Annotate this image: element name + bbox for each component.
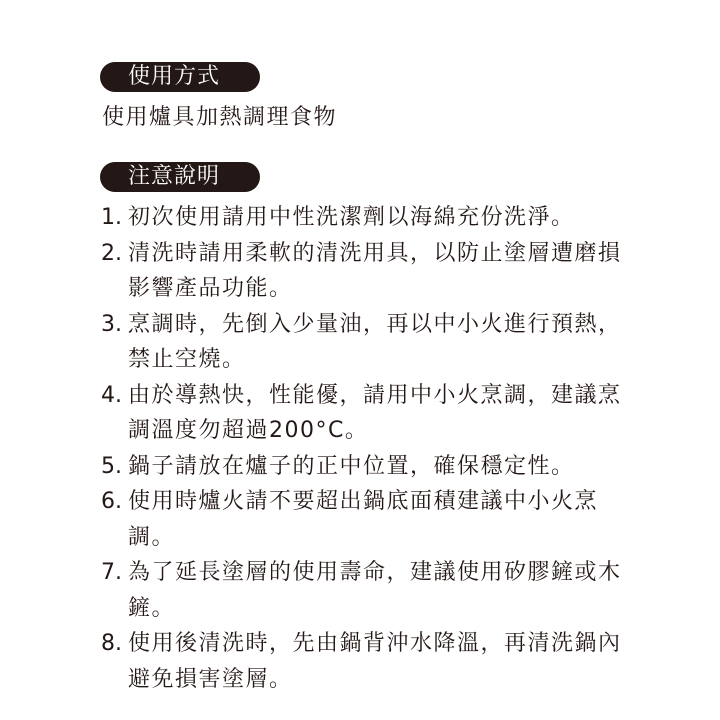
note-text: 為了延長塗層的使用壽命，建議使用矽膠鏟或木 [128, 555, 641, 591]
note-number: 3. [101, 307, 122, 343]
notes-heading: 注意說明 [128, 164, 220, 189]
note-text: 清洗時請用柔軟的清洗用具，以防止塗層遭磨損 [128, 236, 641, 272]
note-item-2: 2. 清洗時請用柔軟的清洗用具，以防止塗層遭磨損 影響產品功能。 [101, 236, 641, 307]
note-item-7: 7. 為了延長塗層的使用壽命，建議使用矽膠鏟或木 鏟。 [101, 555, 641, 626]
notes-list: 1. 初次使用請用中性洗潔劑以海綿充份洗淨。 2. 清洗時請用柔軟的清洗用具，以… [101, 200, 641, 697]
note-text: 鍋子請放在爐子的正中位置，確保穩定性。 [128, 449, 641, 485]
note-number: 1. [101, 200, 122, 236]
note-text-continued: 影響產品功能。 [128, 271, 641, 307]
note-text: 烹調時，先倒入少量油，再以中小火進行預熱， [128, 307, 641, 343]
note-text-continued: 鏟。 [128, 591, 641, 627]
usage-description: 使用爐具加熱調理食物 [102, 103, 337, 133]
note-text: 初次使用請用中性洗潔劑以海綿充份洗淨。 [128, 200, 641, 236]
notes-heading-pill: 注意說明 [100, 162, 260, 192]
note-number: 2. [101, 236, 122, 272]
usage-heading: 使用方式 [128, 64, 220, 89]
note-text: 使用後清洗時，先由鍋背沖水降溫，再清洗鍋內 [128, 626, 641, 662]
note-item-6: 6. 使用時爐火請不要超出鍋底面積建議中小火烹 調。 [101, 484, 641, 555]
usage-heading-pill: 使用方式 [100, 62, 260, 92]
note-number: 6. [101, 484, 122, 520]
note-number: 8. [101, 626, 122, 662]
note-number: 7. [101, 555, 122, 591]
note-item-5: 5. 鍋子請放在爐子的正中位置，確保穩定性。 [101, 449, 641, 485]
note-text: 使用時爐火請不要超出鍋底面積建議中小火烹 [128, 484, 641, 520]
note-text-continued: 調。 [128, 520, 641, 556]
note-text-continued: 調溫度勿超過200°C。 [128, 413, 641, 449]
note-number: 4. [101, 378, 122, 414]
note-item-4: 4. 由於導熱快，性能優，請用中小火烹調，建議烹 調溫度勿超過200°C。 [101, 378, 641, 449]
note-item-8: 8. 使用後清洗時，先由鍋背沖水降溫，再清洗鍋內 避免損害塗層。 [101, 626, 641, 697]
note-item-1: 1. 初次使用請用中性洗潔劑以海綿充份洗淨。 [101, 200, 641, 236]
note-text: 由於導熱快，性能優，請用中小火烹調，建議烹 [128, 378, 641, 414]
note-text-continued: 避免損害塗層。 [128, 662, 641, 698]
note-text-continued: 禁止空燒。 [128, 342, 641, 378]
note-number: 5. [101, 449, 122, 485]
note-item-3: 3. 烹調時，先倒入少量油，再以中小火進行預熱， 禁止空燒。 [101, 307, 641, 378]
